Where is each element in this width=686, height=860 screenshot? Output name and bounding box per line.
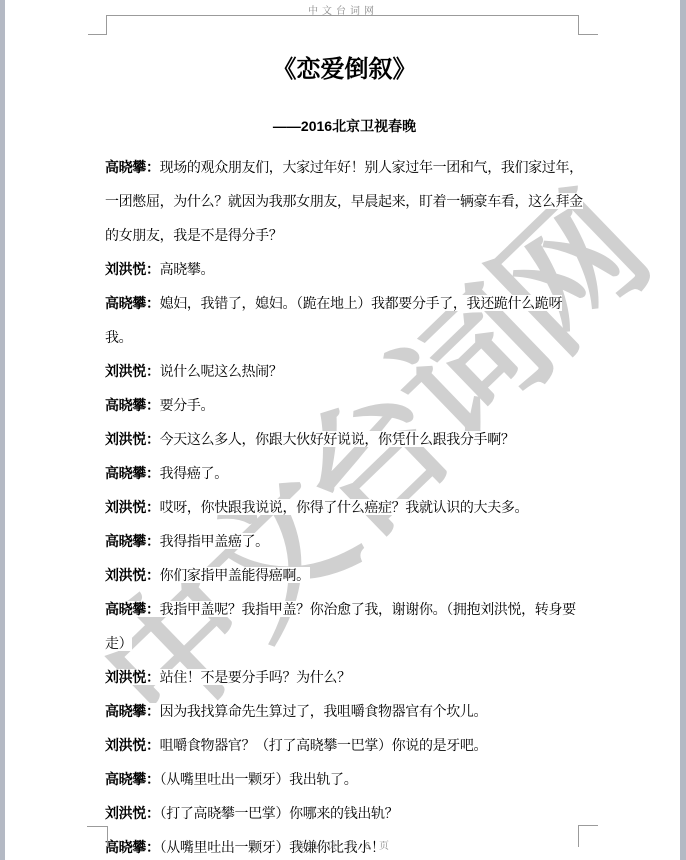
dialogue-line: 刘洪悦：高晓攀。 [105, 252, 584, 286]
dialogue-line: 刘洪悦：说什么呢这么热闹？ [105, 354, 584, 388]
speaker-name: 高晓攀： [105, 295, 160, 311]
speaker-name: 高晓攀： [105, 601, 160, 617]
speaker-name: 刘洪悦： [105, 499, 160, 515]
dialogue-line: 高晓攀：媳妇，我错了，媳妇。（跪在地上）我都要分手了，我还跪什么跪呀我。 [105, 286, 584, 354]
speaker-text: 要分手。 [160, 397, 215, 413]
header-rule-line [107, 15, 578, 16]
speaker-name: 刘洪悦： [105, 737, 160, 753]
margin-crop-mark-top-left-vertical [106, 15, 107, 35]
speaker-name: 高晓攀： [105, 159, 160, 175]
dialogue-line: 高晓攀：因为我找算命先生算过了，我咀嚼食物器官有个坎儿。 [105, 694, 584, 728]
speaker-text: 因为我找算命先生算过了，我咀嚼食物器官有个坎儿。 [160, 703, 488, 719]
dialogue-line: 刘洪悦：你们家指甲盖能得癌啊。 [105, 558, 584, 592]
speaker-name: 高晓攀： [105, 533, 160, 549]
dialogue-line: 高晓攀：我得指甲盖癌了。 [105, 524, 584, 558]
dialogue-line: 刘洪悦：站住！不是要分手吗？为什么？ [105, 660, 584, 694]
speaker-text: 咀嚼食物器官？（打了高晓攀一巴掌）你说的是牙吧。 [160, 737, 488, 753]
dialogue-line: 刘洪悦：哎呀，你快跟我说说，你得了什么癌症？我就认识的大夫多。 [105, 490, 584, 524]
speaker-name: 高晓攀： [105, 465, 160, 481]
speaker-name: 刘洪悦： [105, 805, 160, 821]
speaker-text: 你们家指甲盖能得癌啊。 [160, 567, 310, 583]
speaker-name: 刘洪悦： [105, 261, 160, 277]
dialogue-line: 高晓攀：要分手。 [105, 388, 584, 422]
speaker-text: 我得癌了。 [160, 465, 228, 481]
document-body: 《恋爱倒叙》 ——2016北京卫视春晚 高晓攀：现场的观众朋友们，大家过年好！别… [105, 35, 584, 860]
speaker-name: 刘洪悦： [105, 363, 160, 379]
dialogue-line: 高晓攀：我得癌了。 [105, 456, 584, 490]
speaker-text: 说什么呢这么热闹？ [160, 363, 283, 379]
dialogue: 高晓攀：现场的观众朋友们，大家过年好！别人家过年一团和气，我们家过年，一团憋屈，… [105, 150, 584, 860]
document-subtitle: ——2016北京卫视春晚 [105, 116, 584, 136]
speaker-text: 高晓攀。 [160, 261, 215, 277]
speaker-name: 刘洪悦： [105, 567, 160, 583]
speaker-text: 哎呀，你快跟我说说，你得了什么癌症？我就认识的大夫多。 [160, 499, 529, 515]
document-title: 《恋爱倒叙》 [105, 49, 584, 84]
dialogue-line: 高晓攀：现场的观众朋友们，大家过年好！别人家过年一团和气，我们家过年，一团憋屈，… [105, 150, 584, 252]
margin-crop-mark-top-left-horizontal [88, 34, 107, 35]
dialogue-line: 刘洪悦：今天这么多人，你跟大伙好好说说，你凭什么跟我分手啊？ [105, 422, 584, 456]
speaker-text: 现场的观众朋友们，大家过年好！别人家过年一团和气，我们家过年，一团憋屈，为什么？… [105, 159, 583, 243]
speaker-text: 我得指甲盖癌了。 [160, 533, 269, 549]
speaker-text: 今天这么多人，你跟大伙好好说说，你凭什么跟我分手啊？ [160, 431, 515, 447]
speaker-text: 我指甲盖呢？我指甲盖？你治愈了我，谢谢你。（拥抱刘洪悦，转身要走） [105, 601, 576, 651]
app-background-left-edge [0, 0, 5, 860]
speaker-text: （打了高晓攀一巴掌）你哪来的钱出轨？ [160, 805, 399, 821]
dialogue-line: 刘洪悦：咀嚼食物器官？（打了高晓攀一巴掌）你说的是牙吧。 [105, 728, 584, 762]
dialogue-line: 高晓攀：我指甲盖呢？我指甲盖？你治愈了我，谢谢你。（拥抱刘洪悦，转身要走） [105, 592, 584, 660]
dialogue-line: 高晓攀：（从嘴里吐出一颗牙）我出轨了。 [105, 762, 584, 796]
margin-crop-mark-top-right-vertical [578, 15, 579, 35]
speaker-name: 高晓攀： [105, 703, 160, 719]
speaker-name: 刘洪悦： [105, 431, 160, 447]
margin-crop-mark-bottom-right-horizontal [578, 825, 598, 826]
app-background-right-edge [680, 0, 686, 860]
speaker-name: 高晓攀： [105, 397, 160, 413]
speaker-text: （从嘴里吐出一颗牙）我出轨了。 [160, 771, 358, 787]
speaker-name: 刘洪悦： [105, 669, 160, 685]
speaker-name: 高晓攀： [105, 771, 160, 787]
margin-crop-mark-bottom-left-horizontal [87, 826, 108, 827]
page-footer: 第 1 页 共 6 页 [0, 837, 686, 852]
speaker-text: 媳妇，我错了，媳妇。（跪在地上）我都要分手了，我还跪什么跪呀我。 [105, 295, 562, 345]
margin-crop-mark-top-right-horizontal [578, 34, 598, 35]
speaker-text: 站住！不是要分手吗？为什么？ [160, 669, 351, 685]
dialogue-line: 刘洪悦：（打了高晓攀一巴掌）你哪来的钱出轨？ [105, 796, 584, 830]
